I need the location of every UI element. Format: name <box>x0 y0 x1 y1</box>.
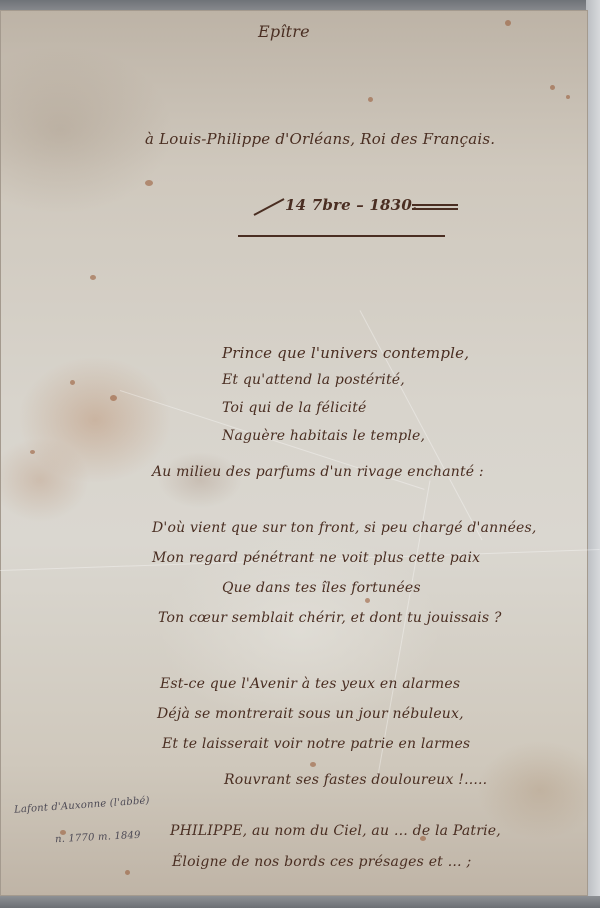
verse-line: Prince que l'univers contemple, <box>222 344 469 362</box>
verse-line: Ton cœur semblait chérir, et dont tu jou… <box>158 610 502 626</box>
foxing-spot <box>566 95 570 99</box>
verse-line: Au milieu des parfums d'un rivage enchan… <box>152 464 484 480</box>
scan-backdrop-right <box>586 0 600 908</box>
dedication-line: à Louis-Philippe d'Orléans, Roi des Fran… <box>145 130 495 148</box>
verse-line: Mon regard pénétrant ne voit plus cette … <box>152 550 480 566</box>
document-date: 14 7bre – 1830. <box>285 196 417 214</box>
foxing-spot <box>505 20 511 26</box>
foxing-spot <box>90 275 96 280</box>
verse-line: Est-ce que l'Avenir à tes yeux en alarme… <box>160 676 460 692</box>
verse-line: Toi qui de la félicité <box>222 400 367 416</box>
verse-line: Déjà se montrerait sous un jour nébuleux… <box>157 706 464 722</box>
date-flourish <box>412 204 458 206</box>
foxing-spot <box>365 598 370 603</box>
verse-line: PHILIPPE, au nom du Ciel, au … de la Pat… <box>170 823 501 839</box>
foxing-spot <box>30 450 35 454</box>
foxing-spot <box>70 380 75 385</box>
foxing-spot <box>110 395 117 401</box>
foxing-spot <box>145 180 153 186</box>
verse-line: Rouvrant ses fastes douloureux !..... <box>224 772 487 788</box>
foxing-spot <box>550 85 555 90</box>
scan-backdrop-bottom <box>0 896 600 908</box>
verse-line: Et te laisserait voir notre patrie en la… <box>162 736 470 752</box>
verse-line: D'où vient que sur ton front, si peu cha… <box>152 520 537 536</box>
verse-line: Que dans tes îles fortunées <box>222 580 421 596</box>
verse-line: Éloigne de nos bords ces présages et … ; <box>172 854 471 870</box>
verse-line: Et qu'attend la postérité, <box>222 372 405 388</box>
heading-rule <box>238 235 445 237</box>
foxing-spot <box>368 97 373 102</box>
document-title: Epître <box>258 22 310 41</box>
foxing-spot <box>125 870 130 875</box>
date-flourish <box>412 208 458 210</box>
foxing-spot <box>310 762 316 767</box>
verse-line: Naguère habitais le temple, <box>222 428 425 444</box>
